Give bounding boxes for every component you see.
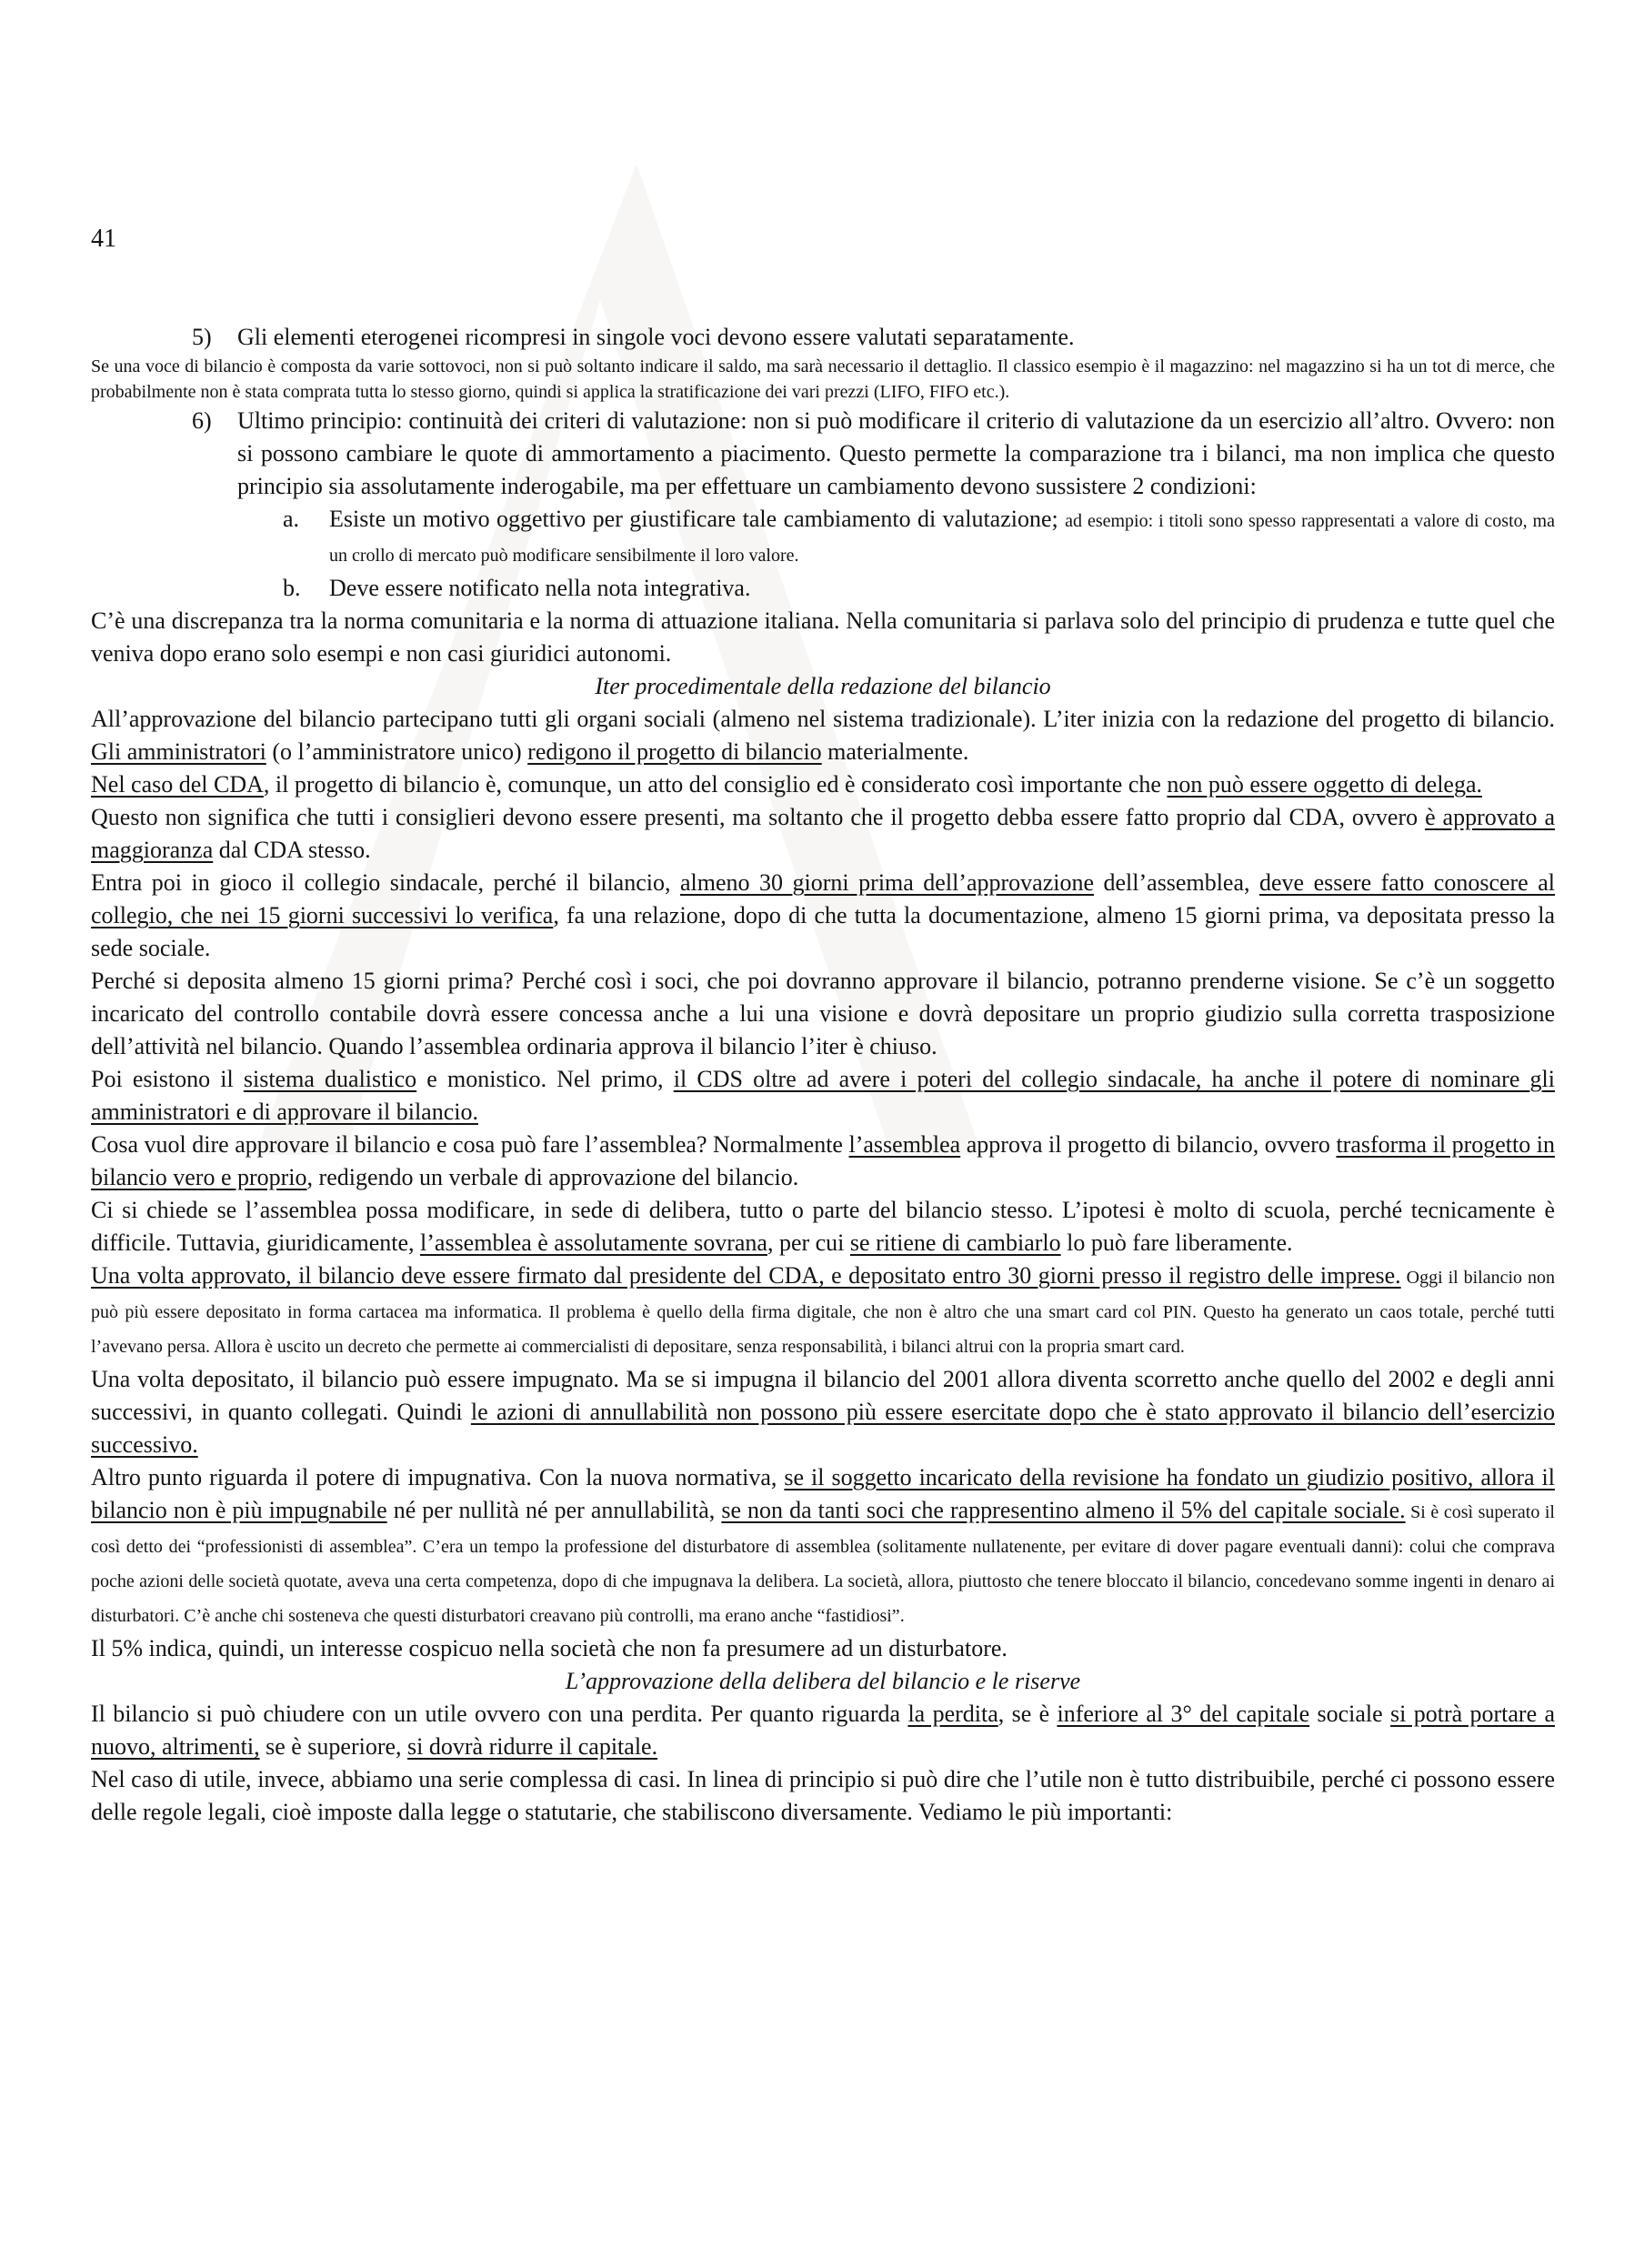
document-page: 41 5)Gli elementi eterogenei ricompresi … — [0, 0, 1644, 2268]
text-run: Nel caso di utile, invece, abbiamo una s… — [91, 1766, 1555, 1825]
text-run: si dovrà ridurre il capitale. — [407, 1733, 657, 1760]
text-run: sociale — [1309, 1701, 1390, 1727]
paragraph: Altro punto riguarda il potere di impugn… — [91, 1461, 1555, 1632]
text-run: , per cui — [767, 1229, 850, 1256]
list-item-b: b.Deve essere notificato nella nota inte… — [283, 572, 1555, 605]
text-run: la perdita — [907, 1701, 997, 1727]
text-run: Questo non significa che tutti i consigl… — [91, 804, 1425, 830]
text-run: , il progetto di bilancio è, comunque, u… — [264, 771, 1168, 798]
paragraph: Perché si deposita almeno 15 giorni prim… — [91, 965, 1555, 1063]
text-run: L’approvazione della delibera del bilanc… — [566, 1668, 1080, 1694]
text-run: Ultimo principio: continuità dei criteri… — [237, 407, 1555, 499]
text-run: Altro punto riguarda il potere di impugn… — [91, 1464, 784, 1490]
paragraph: All’approvazione del bilancio partecipan… — [91, 703, 1555, 768]
text-run: sistema dualistico — [244, 1066, 416, 1092]
text-run: almeno 30 giorni prima dell’approvazione — [680, 869, 1094, 896]
text-run: C’è una discrepanza tra la norma comunit… — [91, 607, 1555, 667]
list-item-5: 5)Gli elementi eterogenei ricompresi in … — [192, 321, 1555, 354]
text-run: Se una voce di bilancio è composta da va… — [91, 356, 1555, 402]
document-content: 41 5)Gli elementi eterogenei ricompresi … — [91, 223, 1555, 1829]
list-item-a: a.Esiste un motivo oggettivo per giustif… — [283, 503, 1555, 572]
paragraph: Nel caso di utile, invece, abbiamo una s… — [91, 1763, 1555, 1829]
text-run: se ritiene di cambiarlo — [850, 1229, 1061, 1256]
text-run: (o l’amministratore unico) — [266, 738, 527, 765]
text-run: approva il progetto di bilancio, ovvero — [960, 1131, 1336, 1158]
text-run: All’approvazione del bilancio partecipan… — [91, 706, 1555, 732]
text-run: Cosa vuol dire approvare il bilancio e c… — [91, 1131, 849, 1158]
paragraph: Poi esistono il sistema dualistico e mon… — [91, 1063, 1555, 1129]
text-run: dell’assemblea, — [1094, 869, 1259, 896]
text-run: né per nullità né per annullabilità, — [387, 1497, 722, 1523]
section-heading: Iter procedimentale della redazione del … — [91, 670, 1555, 703]
text-run: lo può fare liberamente. — [1061, 1229, 1293, 1256]
text-run: Poi esistono il — [91, 1066, 244, 1092]
list-marker: 6) — [192, 405, 236, 437]
text-run: e monistico. Nel primo, — [416, 1066, 674, 1092]
text-run: non può essere oggetto di delega. — [1167, 771, 1482, 798]
paragraph: Il bilancio si può chiudere con un utile… — [91, 1698, 1555, 1763]
list-marker: 5) — [192, 321, 236, 354]
text-run: se non da tanti soci che rappresentino a… — [721, 1497, 1405, 1523]
text-run: dal CDA stesso. — [213, 837, 370, 863]
paragraph: Il 5% indica, quindi, un interesse cospi… — [91, 1632, 1555, 1665]
text-run: , se è — [998, 1701, 1058, 1727]
text-run: Perché si deposita almeno 15 giorni prim… — [91, 968, 1555, 1059]
paragraph: Una volta approvato, il bilancio deve es… — [91, 1259, 1555, 1363]
text-run: materialmente. — [822, 738, 969, 765]
text-run: se è superiore, — [260, 1733, 407, 1760]
text-run: Entra poi in gioco il collegio sindacale… — [91, 869, 680, 896]
paragraph: Cosa vuol dire approvare il bilancio e c… — [91, 1129, 1555, 1194]
page-number: 41 — [91, 223, 1555, 256]
text-run: Gli amministratori — [91, 738, 266, 765]
text-run: l’assemblea — [849, 1131, 961, 1158]
text-run: inferiore al 3° del capitale — [1058, 1701, 1310, 1727]
paragraph: Questo non significa che tutti i consigl… — [91, 801, 1555, 867]
note-paragraph: Se una voce di bilancio è composta da va… — [91, 354, 1555, 405]
text-run: , redigendo un verbale di approvazione d… — [307, 1164, 799, 1190]
document-body: 5)Gli elementi eterogenei ricompresi in … — [91, 321, 1555, 1829]
text-run: Il bilancio si può chiudere con un utile… — [91, 1701, 907, 1727]
text-run: Una volta approvato, il bilancio deve es… — [91, 1262, 1401, 1289]
text-run: Deve essere notificato nella nota integr… — [329, 575, 750, 601]
list-item-6: 6)Ultimo principio: continuità dei crite… — [192, 405, 1555, 503]
section-heading: L’approvazione della delibera del bilanc… — [91, 1665, 1555, 1698]
list-marker: b. — [283, 572, 327, 605]
text-run: Iter procedimentale della redazione del … — [595, 673, 1050, 699]
paragraph: Una volta depositato, il bilancio può es… — [91, 1363, 1555, 1461]
text-run: l’assemblea è assolutamente sovrana — [420, 1229, 767, 1256]
list-marker: a. — [283, 503, 327, 536]
text-run: Esiste un motivo oggettivo per giustific… — [329, 506, 1065, 532]
text-run: redigono il progetto di bilancio — [527, 738, 822, 765]
text-run: Gli elementi eterogenei ricompresi in si… — [237, 324, 1075, 350]
paragraph: Entra poi in gioco il collegio sindacale… — [91, 867, 1555, 965]
paragraph: C’è una discrepanza tra la norma comunit… — [91, 605, 1555, 670]
text-run: Il 5% indica, quindi, un interesse cospi… — [91, 1635, 1007, 1661]
text-run: Nel caso del CDA — [91, 771, 264, 798]
paragraph: Ci si chiede se l’assemblea possa modifi… — [91, 1194, 1555, 1259]
paragraph: Nel caso del CDA, il progetto di bilanci… — [91, 768, 1555, 801]
